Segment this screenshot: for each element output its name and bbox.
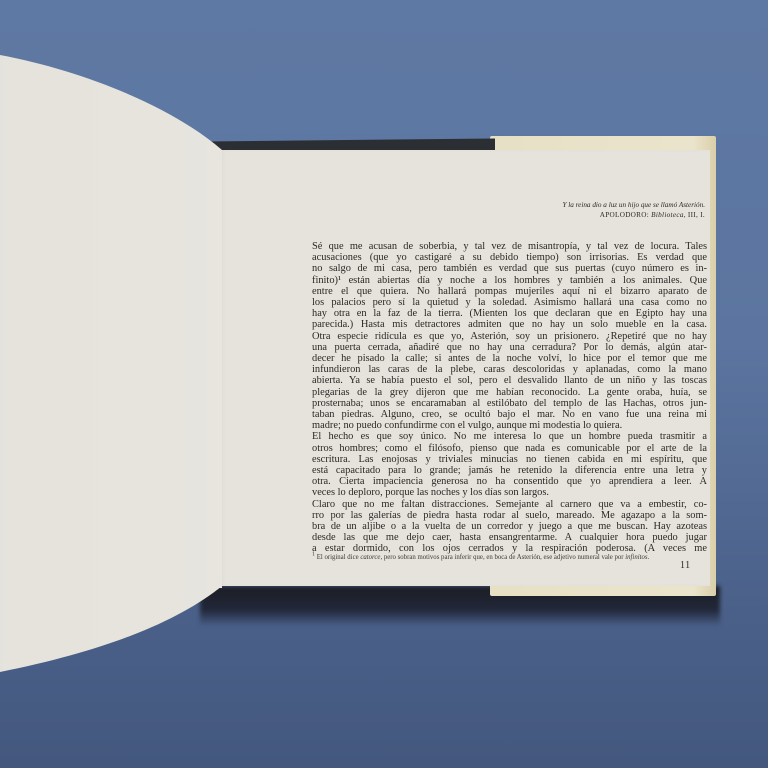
body-line: madre; no puedo confundirme con el vulgo… [312, 420, 707, 431]
epigraph-ref: III, I. [688, 211, 705, 219]
epigraph-quote: Y la reina dio a luz un hijo que se llam… [380, 200, 705, 210]
body-line: escritura. Las enojosas y triviales minu… [312, 454, 707, 465]
body-line: parecida.) Hasta mis detractores admiten… [312, 319, 707, 330]
page-number: 11 [680, 560, 691, 571]
body-line: plegarias de la grey dijeron que me habí… [312, 387, 707, 398]
epigraph-author: APOLODORO: [600, 211, 649, 219]
body-line: hay otra en la faz de la tierra. (Miente… [312, 308, 707, 319]
body-line: prosternaba; unos se encaramaban al esti… [312, 398, 707, 409]
body-line: entre el que quiera. No hallará pompas m… [312, 286, 707, 297]
body-line: rro por las galerías de piedra hasta rod… [312, 510, 707, 521]
body-line: bra de un aljibe o a la vuelta de un cor… [312, 521, 707, 532]
body-line: no salgo de mi casa, pero también es ver… [312, 263, 707, 274]
body-text: Sé que me acusan de soberbia, y tal vez … [312, 241, 707, 555]
footnote-text: El original dice [317, 554, 361, 561]
body-line: los palacios pero sí la quietud y la sol… [312, 297, 707, 308]
body-line: El hecho es que soy único. No me interes… [312, 431, 707, 442]
body-line: Otra especie ridícula es que yo, Asterió… [312, 331, 707, 342]
body-line: veces lo deploro, porque las noches y lo… [312, 487, 707, 498]
footnote-marker: 1 [312, 552, 315, 558]
body-line: desde las que me dejo caer, hasta ensang… [312, 532, 707, 543]
body-line: finito)¹ están abiertas día y noche a lo… [312, 275, 707, 286]
body-line: otra. Cierta impaciencia generosa no ha … [312, 476, 707, 487]
body-line: otros hombres; como el filósofo, pienso … [312, 443, 707, 454]
body-line: abierta. Ya se había puesto el sol, pero… [312, 375, 707, 386]
body-line: taban piedras. Alguno, creo, se ocultó b… [312, 409, 707, 420]
footnote-text: . [648, 554, 650, 561]
footnote-emphasis: infinitos [625, 554, 647, 561]
epigraph: Y la reina dio a luz un hijo que se llam… [380, 200, 705, 220]
body-line: está capacitado para lo grande; jamás he… [312, 465, 707, 476]
body-line: acusaciones (que yo castigaré a su debid… [312, 252, 707, 263]
body-line: Sé que me acusan de soberbia, y tal vez … [312, 241, 707, 252]
body-line: una puerta cerrada, añadiré que no hay u… [312, 342, 707, 353]
body-line: decer he pisado la calle; si antes de la… [312, 353, 707, 364]
epigraph-source: APOLODORO: Biblioteca, III, I. [380, 210, 705, 220]
body-line: Claro que no me faltan distracciones. Se… [312, 499, 707, 510]
footnote: 1 El original dice catorce, pero sobran … [312, 553, 707, 562]
footnote-emphasis: catorce [360, 554, 380, 561]
epigraph-work: Biblioteca, [651, 211, 686, 219]
body-line: infundieron las caras de la plebe, caras… [312, 364, 707, 375]
footnote-text: , pero sobran motivos para inferir que, … [380, 554, 625, 561]
